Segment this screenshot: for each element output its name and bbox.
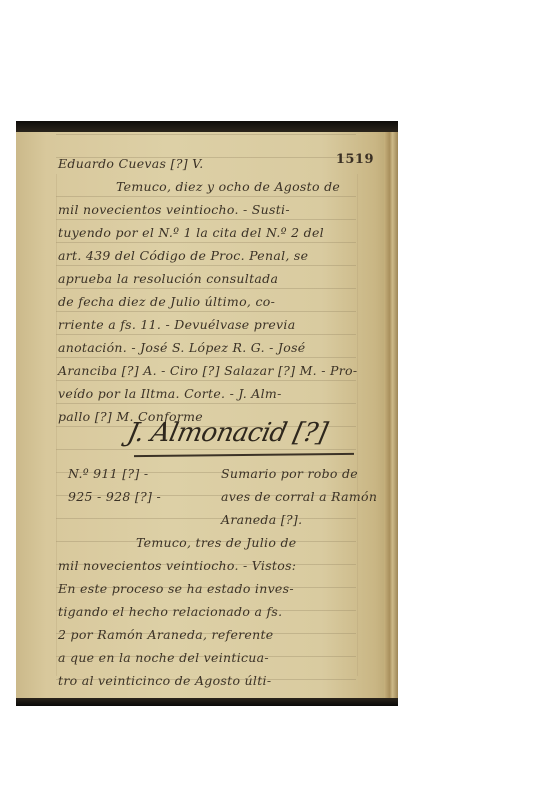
entry-line: 2 por Ramón Araneda, referente xyxy=(58,623,274,646)
entry-folio-range: 925 - 928 [?] - xyxy=(68,485,161,508)
entry-subject-line: aves de corral a Ramón xyxy=(221,485,377,508)
signature: J. Almonacid [?] xyxy=(125,418,330,448)
entry-subject-line: Araneda [?]. xyxy=(221,508,302,531)
document-photo: 1519 Eduardo Cuevas [?] V. Temuco, diez … xyxy=(16,121,398,706)
entry-line: tro al veinticinco de Agosto últi- xyxy=(58,669,271,692)
entry-line: de fecha diez de Julio último, co- xyxy=(58,290,275,313)
entry-line: tuyendo por el N.º 1 la cita del N.º 2 d… xyxy=(58,221,324,244)
entry-line: En este proceso se ha estado inves- xyxy=(58,577,294,600)
entry-line: Temuco, diez y ocho de Agosto de xyxy=(116,175,340,198)
entry-line: tigando el hecho relacionado a fs. xyxy=(58,600,282,623)
page-edge-stack xyxy=(384,132,398,700)
entry-line: anotación. - José S. López R. G. - José xyxy=(58,336,306,359)
entry-number: N.º 911 [?] - xyxy=(68,462,148,485)
binding-shadow-top xyxy=(16,121,398,132)
binding-shadow-bottom xyxy=(16,698,398,706)
entry-line: aprueba la resolución consultada xyxy=(58,267,278,290)
entry-line: a que en la noche del veinticua- xyxy=(58,646,269,669)
entry-line: Temuco, tres de Julio de xyxy=(136,531,296,554)
entry-line: Aranciba [?] A. - Ciro [?] Salazar [?] M… xyxy=(58,359,357,382)
entry-subject-line: Sumario por robo de xyxy=(221,462,358,485)
entry-heading: Eduardo Cuevas [?] V. xyxy=(58,152,204,175)
entry-line: mil novecientos veintiocho. - Vistos: xyxy=(58,554,296,577)
entry-line: art. 439 del Código de Proc. Penal, se xyxy=(58,244,308,267)
entry-line: mil novecientos veintiocho. - Susti- xyxy=(58,198,290,221)
entry-line: rriente a fs. 11. - Devuélvase previa xyxy=(58,313,295,336)
page-number: 1519 xyxy=(336,152,374,167)
ledger-page: 1519 Eduardo Cuevas [?] V. Temuco, diez … xyxy=(16,132,398,700)
entry-line: veído por la Iltma. Corte. - J. Alm- xyxy=(58,382,282,405)
